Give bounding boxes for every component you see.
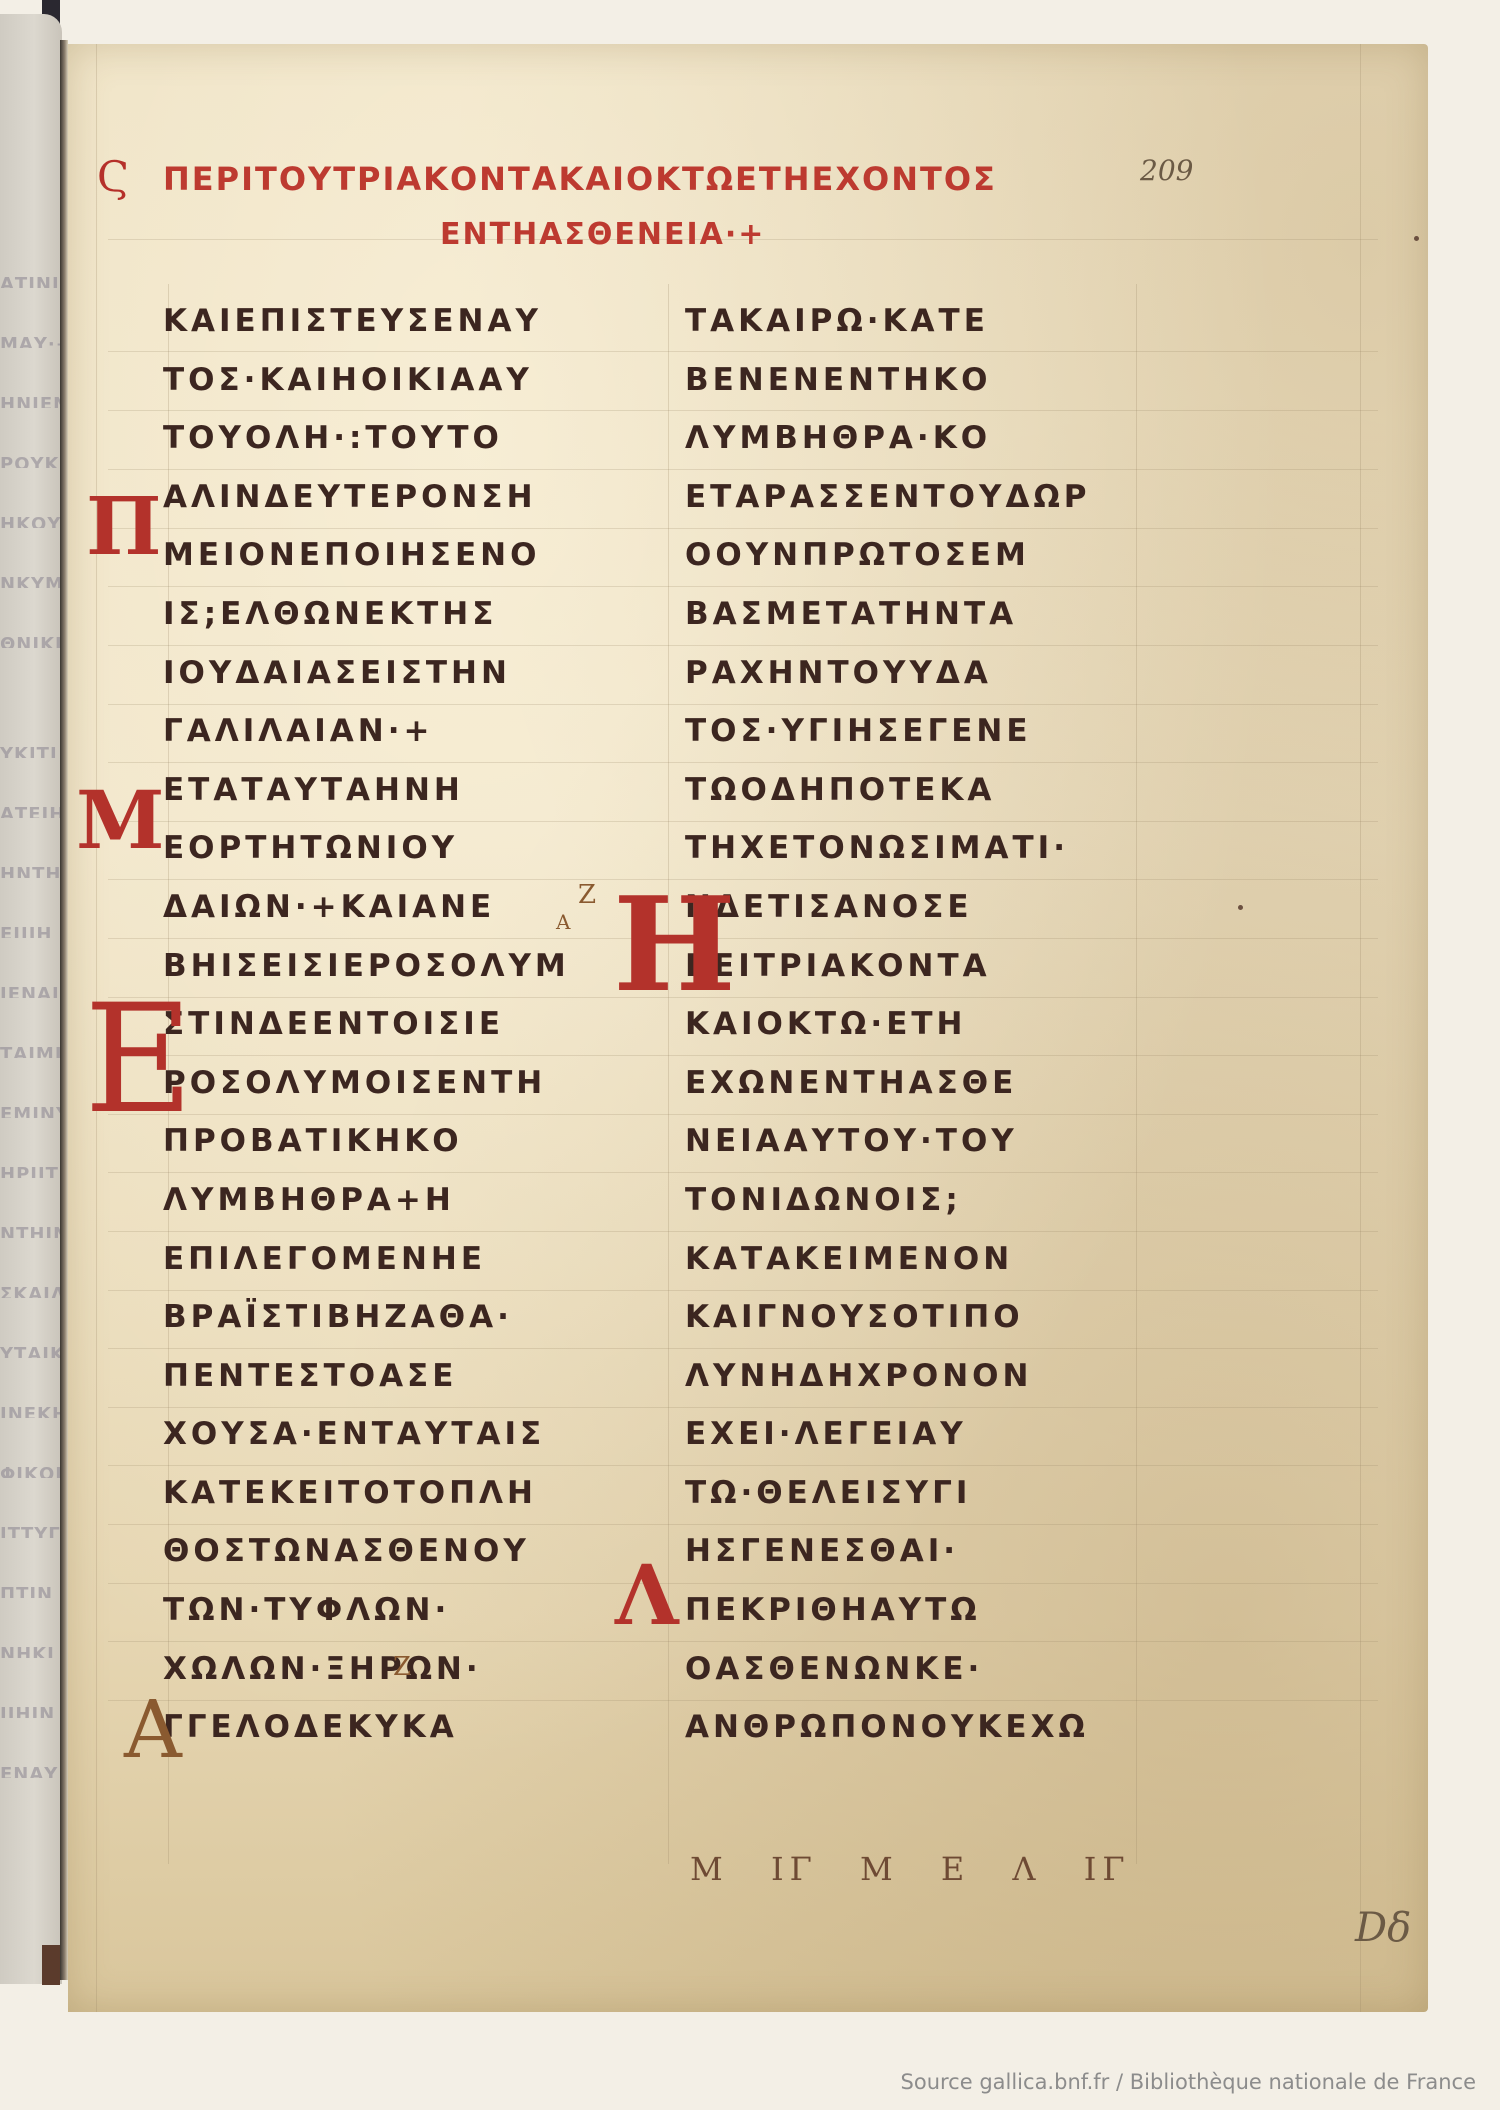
text-line: ΓΓΕΛΟΔΕΚΥΚΑ xyxy=(163,1698,570,1757)
text-line: ΤΗΧΕΤΟΝΩΣΙΜΑΤΙ· xyxy=(685,819,1091,878)
corner-shelf-mark: Dδ xyxy=(1355,1905,1411,1951)
bookmark-ribbon-bottom xyxy=(42,1945,60,1985)
canon-mark: Ε xyxy=(941,1850,970,1888)
ghost-text: ΗΡΙΙΤ xyxy=(0,1164,60,1178)
text-line: ΤΑΚΑΙΡΩ·ΚΑΤΕ xyxy=(685,292,1091,351)
text-line: ΑΛΙΝΔΕΥΤΕΡΟΝΣΗ xyxy=(163,468,570,527)
ghost-text: ΦΙΚΟΙ xyxy=(0,1464,60,1478)
ghost-text: ΙΙΗΙΝ xyxy=(0,1704,60,1718)
ghost-text: ΙΕΝΑΙ xyxy=(0,984,60,998)
section-number-rubric: Ϛ xyxy=(97,152,129,201)
ghost-text: ΑΤΕΙΗ xyxy=(0,804,60,818)
canon-mark: ΙΓ xyxy=(1084,1850,1131,1888)
source-attribution: Source gallica.bnf.fr / Bibliothèque nat… xyxy=(901,2070,1476,2094)
ghost-text: ΤΑΙΜΙ xyxy=(0,1044,60,1058)
ghost-text: ΥΚΙΤΙ xyxy=(0,744,60,758)
text-line: ΒΗΙΣΕΙΣΙΕΡΟΣΟΛΥΜ xyxy=(163,937,570,996)
text-line: ΑΝΘΡΩΠΟΝΟΥΚΕΧΩ xyxy=(685,1698,1091,1757)
ghost-text: ΙΝΕΚΗ xyxy=(0,1404,60,1418)
text-line: ΤΩ·ΘΕΛΕΙΣΥΓΙ xyxy=(685,1464,1091,1523)
text-line: ΚΕΙΤΡΙΑΚΟΝΤΑ xyxy=(685,937,1091,996)
text-line: ΤΩΝ·ΤΥΦΛΩΝ· xyxy=(163,1581,570,1640)
text-line: ΡΟΣΟΛΥΜΟΙΣΕΝΤΗ xyxy=(163,1054,570,1113)
text-line: ΝΔΕΤΙΣΑΝΟΣΕ xyxy=(685,878,1091,937)
text-line: ΚΑΤΑΚΕΙΜΕΝΟΝ xyxy=(685,1230,1091,1289)
text-line: ΚΑΙΓΝΟΥΣΟΤΙΠΟ xyxy=(685,1288,1091,1347)
margin-note-alpha: Α xyxy=(556,910,570,934)
ghost-text: ΗΚΟΥΑΙ xyxy=(0,514,60,528)
book-spine-gutter xyxy=(60,40,68,1980)
text-line: ΒΡΑΪΣΤΙΒΗΖΑΘΑ· xyxy=(163,1288,570,1347)
ghost-text: ΜΑΥ·+ xyxy=(0,334,60,348)
text-line: ΤΟΝΙΔΩΝΟΙΣ; xyxy=(685,1171,1091,1230)
text-line: ΤΟΣ·ΚΑΙΗΟΙΚΙΑΑΥ xyxy=(163,351,570,410)
initial-lambda: Λ xyxy=(615,1555,679,1637)
text-line: ΠΕΚΡΙΘΗΑΥΤΩ xyxy=(685,1581,1091,1640)
text-line: ΤΟΥΟΛΗ·:ΤΟΥΤΟ xyxy=(163,409,570,468)
vertical-ruling xyxy=(1136,284,1137,1864)
folio-number: 209 xyxy=(1140,154,1193,187)
text-line: ΧΩΛΩΝ·ΞΗΡΩΝ· xyxy=(163,1640,570,1699)
text-line: ΕΧΕΙ·ΛΕΓΕΙΑΥ xyxy=(685,1405,1091,1464)
text-line: ΝΕΙΑΑΥΤΟΥ·ΤΟΥ xyxy=(685,1112,1091,1171)
chapter-title-line-1: ΠΕΡΙΤΟΥΤΡΙΑΚΟΝΤΑΚΑΙΟΚΤΩΕΤΗΕΧΟΝΤΟΣ xyxy=(163,160,997,198)
text-line: ΕΤΑΡΑΣΣΕΝΤΟΥΔΩΡ xyxy=(685,468,1091,527)
initial-mu: Μ xyxy=(76,780,165,860)
initial-eta: Η xyxy=(613,880,736,1010)
canon-mark: Λ xyxy=(1012,1850,1041,1888)
left-text-column: ΚΑΙΕΠΙΣΤΕΥΣΕΝΑΥ ΤΟΣ·ΚΑΙΗΟΙΚΙΑΑΥ ΤΟΥΟΛΗ·:… xyxy=(163,292,570,1757)
initial-pi: Π xyxy=(86,486,162,566)
text-line: ΕΤΑΤΑΥΤΑΗΝΗ xyxy=(163,761,570,820)
canon-mark: Μ xyxy=(690,1850,729,1888)
ghost-text: ΑΤΙΝΙΙΝ xyxy=(0,274,60,288)
text-line: ΚΑΤΕΚΕΙΤΟΤΟΠΛΗ xyxy=(163,1464,570,1523)
right-text-column: ΤΑΚΑΙΡΩ·ΚΑΤΕ ΒΕΝΕΝΕΝΤΗΚΟ ΛΥΜΒΗΘΡΑ·ΚΟ ΕΤΑ… xyxy=(685,292,1091,1757)
text-line: ΛΥΝΗΔΗΧΡΟΝΟΝ xyxy=(685,1347,1091,1406)
text-line: ΟΟΥΝΠΡΩΤΟΣΕΜ xyxy=(685,526,1091,585)
text-line: ΘΟΣΤΩΝΑΣΘΕΝΟΥ xyxy=(163,1522,570,1581)
ghost-text: ΣΚΑΙΛ xyxy=(0,1284,60,1298)
text-line: ΟΑΣΘΕΝΩΝΚΕ· xyxy=(685,1640,1091,1699)
initial-alpha: Α xyxy=(124,1690,182,1770)
text-line: ΧΟΥΣΑ·ΕΝΤΑΥΤΑΙΣ xyxy=(163,1405,570,1464)
text-line: ΡΑΧΗΝΤΟΥΥΔΑ xyxy=(685,644,1091,703)
text-line: ΣΤΙΝΔΕΕΝΤΟΙΣΙΕ xyxy=(163,995,570,1054)
text-line: ΒΕΝΕΝΕΝΤΗΚΟ xyxy=(685,351,1091,410)
ghost-text: ΗΝΙΕΝΙ xyxy=(0,394,60,408)
text-line: ΛΥΜΒΗΘΡΑ·ΚΟ xyxy=(685,409,1091,468)
ghost-text: ΘΝΙΚΙ xyxy=(0,634,60,648)
text-line: ΕΟΡΤΗΤΩΝΙΟΥ xyxy=(163,819,570,878)
ink-dot xyxy=(1414,236,1419,241)
text-line: ΙΣ;ΕΛΘΩΝΕΚΤΗΣ xyxy=(163,585,570,644)
text-line: ΒΑΣΜΕΤΑΤΗΝΤΑ xyxy=(685,585,1091,644)
ghost-text: ΕΜΙΝΥ xyxy=(0,1104,60,1118)
ghost-text: ΗΝΤΗ xyxy=(0,864,60,878)
previous-page-edge: ΑΤΙΝΙΙΝ ΜΑΥ·+ ΗΝΙΕΝΙ ΡΟΥΚΙΝ ΗΚΟΥΑΙ ΝΚΥΜΙ… xyxy=(0,14,62,1984)
text-line: ΜΕΙΟΝΕΠΟΙΗΣΕΝΟ xyxy=(163,526,570,585)
ghost-text: ΙΤΤΥΓ xyxy=(0,1524,60,1538)
text-line: ΚΑΙΟΚΤΩ·ΕΤΗ xyxy=(685,995,1091,1054)
text-line: ΕΠΙΛΕΓΟΜΕΝΗΕ xyxy=(163,1230,570,1289)
eusebian-canon-numbers: Μ ΙΓ Μ Ε Λ ΙΓ xyxy=(690,1850,1157,1888)
text-line: ΤΩΟΔΗΠΟΤΕΚΑ xyxy=(685,761,1091,820)
ghost-text: ΥΤΑΙΚ xyxy=(0,1344,60,1358)
ghost-text: ΠΤΙΝ xyxy=(0,1584,60,1598)
text-line: ΗΣΓΕΝΕΣΘΑΙ· xyxy=(685,1522,1091,1581)
canon-mark: Μ xyxy=(860,1850,899,1888)
canon-mark: ΙΓ xyxy=(771,1850,818,1888)
text-line: ΤΟΣ·ΥΓΙΗΣΕΓΕΝΕ xyxy=(685,702,1091,761)
text-line: ΔΑΙΩΝ·+ΚΑΙΑΝΕ xyxy=(163,878,570,937)
margin-note-zeta: Ζ xyxy=(578,880,596,910)
text-line: ΓΑΛΙΛΑΙΑΝ·+ xyxy=(163,702,570,761)
initial-epsilon: Ε xyxy=(84,985,194,1135)
text-line: ΚΑΙΕΠΙΣΤΕΥΣΕΝΑΥ xyxy=(163,292,570,351)
ink-dot xyxy=(1238,905,1243,910)
text-line: ΙΟΥΔΑΙΑΣΕΙΣΤΗΝ xyxy=(163,644,570,703)
ghost-text: ΝΚΥΜΙΙ xyxy=(0,574,60,588)
text-line: ΕΧΩΝΕΝΤΗΑΣΘΕ xyxy=(685,1054,1091,1113)
ghost-text: ΝΤΗΙΝ xyxy=(0,1224,60,1238)
text-line: ΠΕΝΤΕΣΤΟΑΣΕ xyxy=(163,1347,570,1406)
ghost-text: ΕΙΙΙΗ xyxy=(0,924,60,938)
text-line: ΛΥΜΒΗΘΡΑ+Η xyxy=(163,1171,570,1230)
ghost-text: ΝΗΚΙ xyxy=(0,1644,60,1658)
text-line: ΠΡΟΒΑΤΙΚΗΚΟ xyxy=(163,1112,570,1171)
chapter-title-line-2: ΕΝΤΗΑΣΘΕΝΕΙΑ·+ xyxy=(440,217,765,252)
vertical-ruling xyxy=(1360,44,1361,2012)
ghost-text: ΕΝΑΥ xyxy=(0,1764,60,1778)
margin-note-zeta-lower: Ζ xyxy=(393,1652,411,1682)
ghost-text: ΡΟΥΚΙΝ xyxy=(0,454,60,468)
